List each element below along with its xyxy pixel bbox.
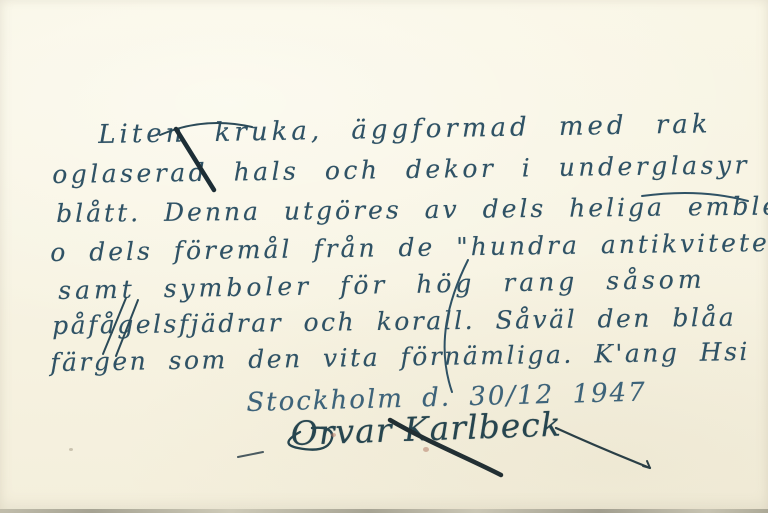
handwriting-line-6: påfågelsfjädrar och korall. Såväl den bl… [52, 303, 736, 340]
signature: Orvar Karlbeck [290, 405, 562, 453]
handwriting-line-2: oglaserad hals och dekor i underglasyr [52, 150, 750, 189]
signature-right-flourish [556, 428, 650, 468]
handwriting-line-7: färgen som den vita förnämliga. K'ang Hs… [50, 337, 750, 377]
signature-flourish-tip [643, 461, 650, 468]
handwriting-line-5: samt symboler för hög rang såsom [58, 265, 706, 305]
paper-stain-dot [69, 448, 73, 451]
handwriting-line-4: o dels föremål från de "hundra antikvite… [50, 227, 768, 267]
scan-bottom-edge [0, 509, 768, 513]
scanned-note-card: Liten kruka, äggformad med rak oglaserad… [0, 0, 768, 513]
signature-dash [238, 452, 263, 457]
handwriting-line-3: blått. Denna utgöres av dels heliga embl… [56, 191, 768, 228]
handwriting-line-1: Liten kruka, äggformad med rak [98, 109, 712, 150]
